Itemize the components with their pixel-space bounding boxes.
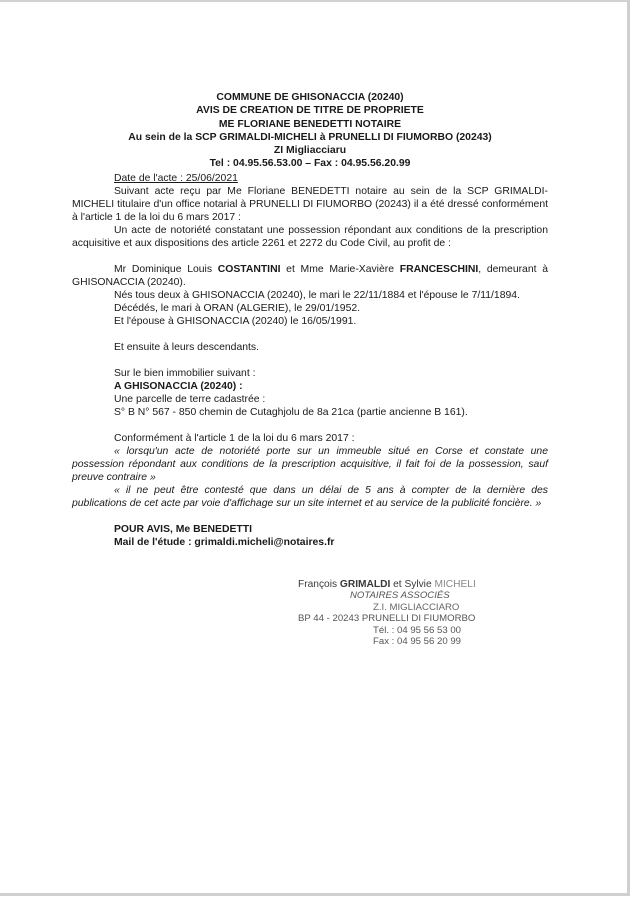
paragraph-persons: Mr Dominique Louis COSTANTINI et Mme Mar… [72, 263, 548, 289]
law-intro: Conformément à l'article 1 de la loi du … [72, 432, 548, 445]
law-quote-1: « lorsqu'un acte de notoriété porte sur … [72, 445, 548, 484]
header-commune: COMMUNE DE GHISONACCIA (20240) [72, 91, 548, 104]
law-quote-2: « il ne peut être contesté que dans un d… [72, 484, 548, 510]
document-body: Date de l'acte : 25/06/2021 Suivant acte… [72, 172, 548, 549]
header-contact: Tel : 04.95.56.53.00 – Fax : 04.95.56.20… [72, 157, 548, 170]
stamp-surname-1: GRIMALDI [340, 579, 390, 590]
paragraph-notoriety: Un acte de notoriété constatant une poss… [72, 224, 548, 250]
person1-given-names: Mr Dominique Louis [114, 264, 218, 275]
header-notice-title: AVIS DE CREATION DE TITRE DE PROPRIETE [72, 104, 548, 117]
office-email: Mail de l'étude : grimaldi.micheli@notai… [72, 536, 548, 549]
document-header: COMMUNE DE GHISONACCIA (20240) AVIS DE C… [72, 91, 548, 171]
descendants-line: Et ensuite à leurs descendants. [72, 341, 548, 354]
death-wife-line: Et l'épouse à GHISONACCIA (20240) le 16/… [72, 315, 548, 328]
stamp-zone: Z.I. MIGLIACCIARO [298, 602, 508, 613]
header-office: Au sein de la SCP GRIMALDI-MICHELI à PRU… [72, 131, 548, 144]
property-place-label: A GHISONACCIA (20240) : [114, 381, 243, 392]
property-reference: S° B N° 567 - 850 chemin de Cutaghjolu d… [72, 406, 548, 419]
stamp-first-name-1: François [298, 579, 340, 590]
births-line: Nés tous deux à GHISONACCIA (20240), le … [72, 289, 548, 302]
document-page: COMMUNE DE GHISONACCIA (20240) AVIS DE C… [0, 0, 630, 896]
stamp-fax: Fax : 04 95 56 20 99 [298, 636, 508, 647]
property-intro: Sur le bien immobilier suivant : [72, 367, 548, 380]
paragraph-deed: Suivant acte reçu par Me Floriane BENEDE… [72, 185, 548, 224]
stamp-tel: Tél. : 04 95 56 53 00 [298, 625, 508, 636]
stamp-surname-2: MICHELI [434, 579, 475, 590]
death-husband-line: Décédés, le mari à ORAN (ALGERIE), le 29… [72, 302, 548, 315]
stamp-connector: et Sylvie [390, 579, 434, 590]
header-zone: ZI Migliacciaru [72, 144, 548, 157]
person1-surname: COSTANTINI [218, 264, 281, 275]
deed-date-line: Date de l'acte : 25/06/2021 [72, 172, 548, 185]
deed-date: Date de l'acte : 25/06/2021 [114, 173, 238, 184]
property-type: Une parcelle de terre cadastrée : [72, 393, 548, 406]
stamp-notaries: François GRIMALDI et Sylvie MICHELI [298, 579, 508, 590]
stamp-title: NOTAIRES ASSOCIÉS [298, 590, 508, 601]
persons-connector: et Mme Marie-Xavière [280, 264, 399, 275]
property-place: A GHISONACCIA (20240) : [72, 380, 548, 393]
notary-stamp: François GRIMALDI et Sylvie MICHELI NOTA… [298, 579, 508, 647]
stamp-address: BP 44 - 20243 PRUNELLI DI FIUMORBO [298, 613, 508, 624]
header-notary: ME FLORIANE BENEDETTI NOTAIRE [72, 118, 548, 131]
signature-line: POUR AVIS, Me BENEDETTI [72, 523, 548, 536]
person2-surname: FRANCESCHINI [400, 264, 479, 275]
